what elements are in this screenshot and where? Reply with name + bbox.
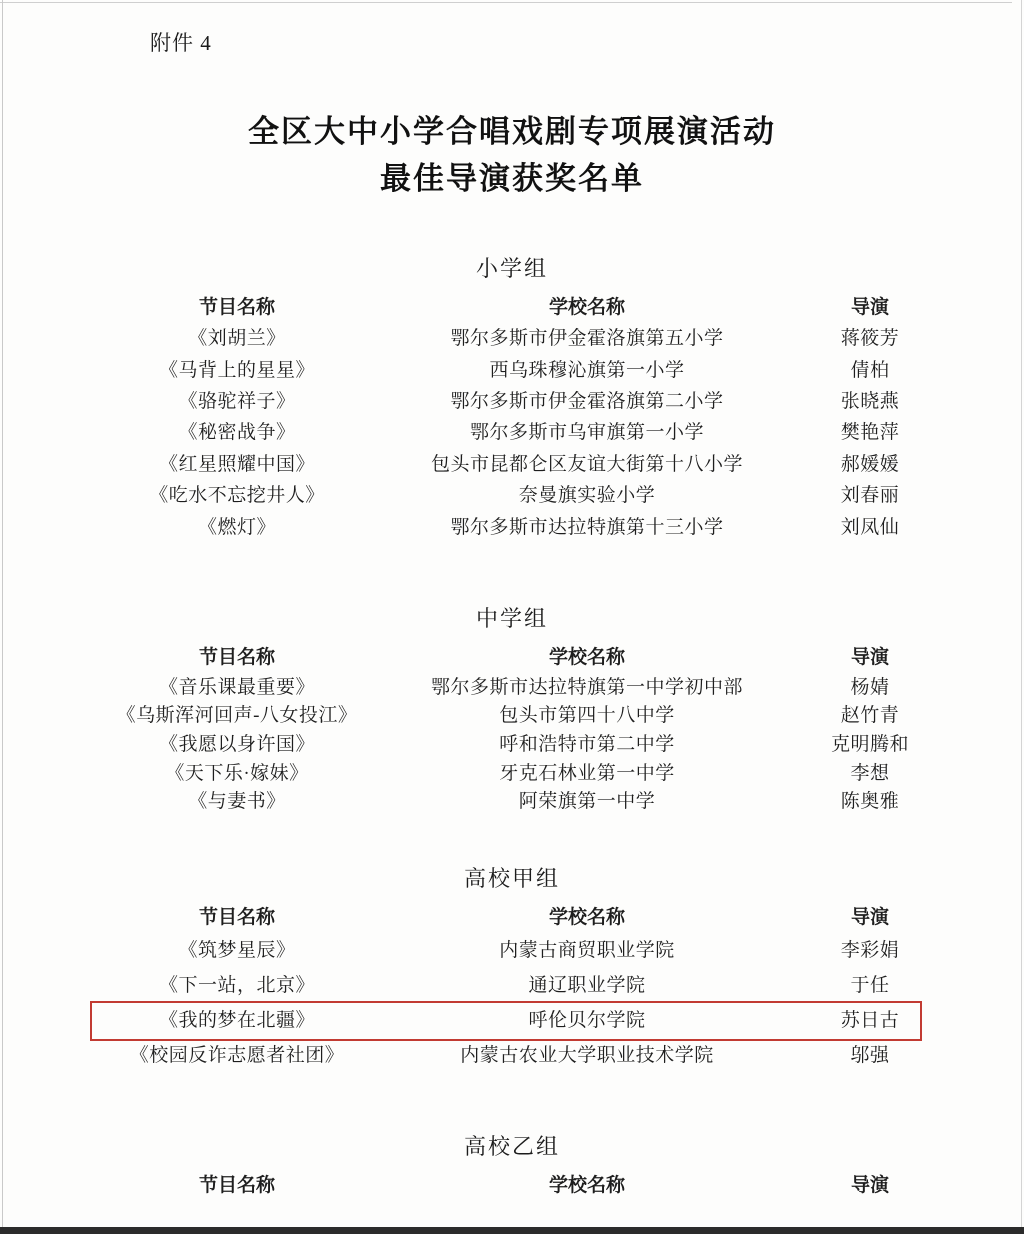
director-cell: 樊艳萍: [760, 415, 980, 446]
table-row-highlighted: 《我的梦在北疆》 呼伦贝尔学院 苏日古: [60, 1001, 980, 1036]
page-edge-top: [0, 2, 1012, 3]
table-row: 《校园反诈志愿者社团》 内蒙古农业大学职业技术学院 邬强: [60, 1036, 980, 1071]
program-cell: 《红星照耀中国》: [60, 447, 414, 478]
school-cell: 包头市昆都仑区友谊大街第十八小学: [414, 447, 760, 478]
table-row: 《秘密战争》 鄂尔多斯市乌审旗第一小学 樊艳萍: [60, 415, 980, 446]
column-header-program: 节目名称: [60, 292, 414, 319]
section-title: 中学组: [0, 604, 1024, 634]
section-college-b: 高校乙组 节目名称 学校名称 导演: [0, 1132, 1024, 1196]
section-title: 小学组: [0, 254, 1024, 284]
program-cell: 《下一站，北京》: [60, 966, 414, 1001]
column-header-school: 学校名称: [414, 642, 760, 669]
table-row: 《与妻书》 阿荣旗第一中学 陈奥雅: [60, 785, 980, 814]
school-cell: 鄂尔多斯市达拉特旗第十三小学: [414, 509, 760, 540]
document-title-line1: 全区大中小学合唱戏剧专项展演活动: [0, 108, 1024, 155]
school-cell: 牙克石林业第一中学: [414, 757, 760, 786]
section-middle-school: 中学组 节目名称 学校名称 导演 《音乐课最重要》 鄂尔多斯市达拉特旗第一中学初…: [0, 604, 1024, 814]
column-header-director: 导演: [760, 292, 980, 319]
program-cell: 《燃灯》: [60, 509, 414, 540]
document-page: 附件 4 全区大中小学合唱戏剧专项展演活动 最佳导演获奖名单 小学组 节目名称 …: [0, 0, 1024, 1234]
director-cell: 郝媛媛: [760, 447, 980, 478]
column-header-director: 导演: [760, 902, 980, 929]
director-cell: 李想: [760, 757, 980, 786]
table-rows: 《刘胡兰》 鄂尔多斯市伊金霍洛旗第五小学 蒋筱芳 《马背上的星星》 西乌珠穆沁旗…: [0, 321, 1024, 541]
table-row: 《下一站，北京》 通辽职业学院 于任: [60, 966, 980, 1001]
table-row: 《马背上的星星》 西乌珠穆沁旗第一小学 倩柏: [60, 352, 980, 383]
program-cell: 《校园反诈志愿者社团》: [60, 1036, 414, 1071]
school-cell: 奈曼旗实验小学: [414, 478, 760, 509]
school-cell: 呼和浩特市第二中学: [414, 728, 760, 757]
school-cell: 内蒙古商贸职业学院: [414, 931, 760, 966]
director-cell: 刘凤仙: [760, 509, 980, 540]
table-row: 《我愿以身许国》 呼和浩特市第二中学 克明腾和: [60, 728, 980, 757]
school-cell: 阿荣旗第一中学: [414, 785, 760, 814]
table-header-row: 节目名称 学校名称 导演: [60, 1170, 980, 1196]
director-cell: 克明腾和: [760, 728, 980, 757]
director-cell: 杨婧: [760, 671, 980, 700]
table-row: 《乌斯浑河回声-八女投江》 包头市第四十八中学 赵竹青: [60, 700, 980, 729]
program-cell: 《筑梦星辰》: [60, 931, 414, 966]
section-title: 高校乙组: [0, 1132, 1024, 1162]
table-row: 《红星照耀中国》 包头市昆都仑区友谊大街第十八小学 郝媛媛: [60, 447, 980, 478]
column-header-school: 学校名称: [414, 902, 760, 929]
attachment-label: 附件 4: [150, 27, 212, 57]
director-cell: 张晓燕: [760, 384, 980, 415]
program-cell: 《我的梦在北疆》: [60, 1001, 414, 1036]
document-title: 全区大中小学合唱戏剧专项展演活动 最佳导演获奖名单: [0, 108, 1024, 202]
column-header-program: 节目名称: [60, 902, 414, 929]
table-row: 《筑梦星辰》 内蒙古商贸职业学院 李彩娟: [60, 931, 980, 966]
school-cell: 鄂尔多斯市伊金霍洛旗第二小学: [414, 384, 760, 415]
program-cell: 《骆驼祥子》: [60, 384, 414, 415]
column-header-director: 导演: [760, 642, 980, 669]
page-edge-bottom: [0, 1227, 1024, 1234]
table-rows: 《音乐课最重要》 鄂尔多斯市达拉特旗第一中学初中部 杨婧 《乌斯浑河回声-八女投…: [0, 671, 1024, 814]
program-cell: 《马背上的星星》: [60, 352, 414, 383]
program-cell: 《秘密战争》: [60, 415, 414, 446]
program-cell: 《吃水不忘挖井人》: [60, 478, 414, 509]
table-header-row: 节目名称 学校名称 导演: [60, 292, 980, 318]
school-cell: 通辽职业学院: [414, 966, 760, 1001]
director-cell: 赵竹青: [760, 700, 980, 729]
table-row: 《天下乐·嫁妹》 牙克石林业第一中学 李想: [60, 757, 980, 786]
document-title-line2: 最佳导演获奖名单: [0, 155, 1024, 202]
program-cell: 《我愿以身许国》: [60, 728, 414, 757]
table-row: 《吃水不忘挖井人》 奈曼旗实验小学 刘春丽: [60, 478, 980, 509]
table-row: 《音乐课最重要》 鄂尔多斯市达拉特旗第一中学初中部 杨婧: [60, 671, 980, 700]
director-cell: 邬强: [760, 1036, 980, 1071]
school-cell: 内蒙古农业大学职业技术学院: [414, 1036, 760, 1071]
director-cell: 李彩娟: [760, 931, 980, 966]
program-cell: 《音乐课最重要》: [60, 671, 414, 700]
table-header-row: 节目名称 学校名称 导演: [60, 642, 980, 668]
table-row: 《骆驼祥子》 鄂尔多斯市伊金霍洛旗第二小学 张晓燕: [60, 384, 980, 415]
school-cell: 呼伦贝尔学院: [414, 1001, 760, 1036]
program-cell: 《刘胡兰》: [60, 321, 414, 352]
column-header-program: 节目名称: [60, 1170, 414, 1197]
director-cell: 于任: [760, 966, 980, 1001]
program-cell: 《乌斯浑河回声-八女投江》: [60, 700, 414, 729]
school-cell: 鄂尔多斯市乌审旗第一小学: [414, 415, 760, 446]
school-cell: 鄂尔多斯市伊金霍洛旗第五小学: [414, 321, 760, 352]
director-cell: 陈奥雅: [760, 785, 980, 814]
column-header-school: 学校名称: [414, 292, 760, 319]
section-primary-school: 小学组 节目名称 学校名称 导演 《刘胡兰》 鄂尔多斯市伊金霍洛旗第五小学 蒋筱…: [0, 254, 1024, 541]
section-college-a: 高校甲组 节目名称 学校名称 导演 《筑梦星辰》 内蒙古商贸职业学院 李彩娟 《…: [0, 864, 1024, 1071]
column-header-program: 节目名称: [60, 642, 414, 669]
school-cell: 西乌珠穆沁旗第一小学: [414, 352, 760, 383]
school-cell: 鄂尔多斯市达拉特旗第一中学初中部: [414, 671, 760, 700]
school-cell: 包头市第四十八中学: [414, 700, 760, 729]
program-cell: 《与妻书》: [60, 785, 414, 814]
director-cell: 苏日古: [760, 1001, 980, 1036]
table-rows: 《筑梦星辰》 内蒙古商贸职业学院 李彩娟 《下一站，北京》 通辽职业学院 于任 …: [0, 931, 1024, 1071]
program-cell: 《天下乐·嫁妹》: [60, 757, 414, 786]
section-title: 高校甲组: [0, 864, 1024, 894]
director-cell: 刘春丽: [760, 478, 980, 509]
table-header-row: 节目名称 学校名称 导演: [60, 902, 980, 928]
director-cell: 蒋筱芳: [760, 321, 980, 352]
column-header-school: 学校名称: [414, 1170, 760, 1197]
table-row: 《刘胡兰》 鄂尔多斯市伊金霍洛旗第五小学 蒋筱芳: [60, 321, 980, 352]
director-cell: 倩柏: [760, 352, 980, 383]
table-row: 《燃灯》 鄂尔多斯市达拉特旗第十三小学 刘凤仙: [60, 509, 980, 540]
column-header-director: 导演: [760, 1170, 980, 1197]
